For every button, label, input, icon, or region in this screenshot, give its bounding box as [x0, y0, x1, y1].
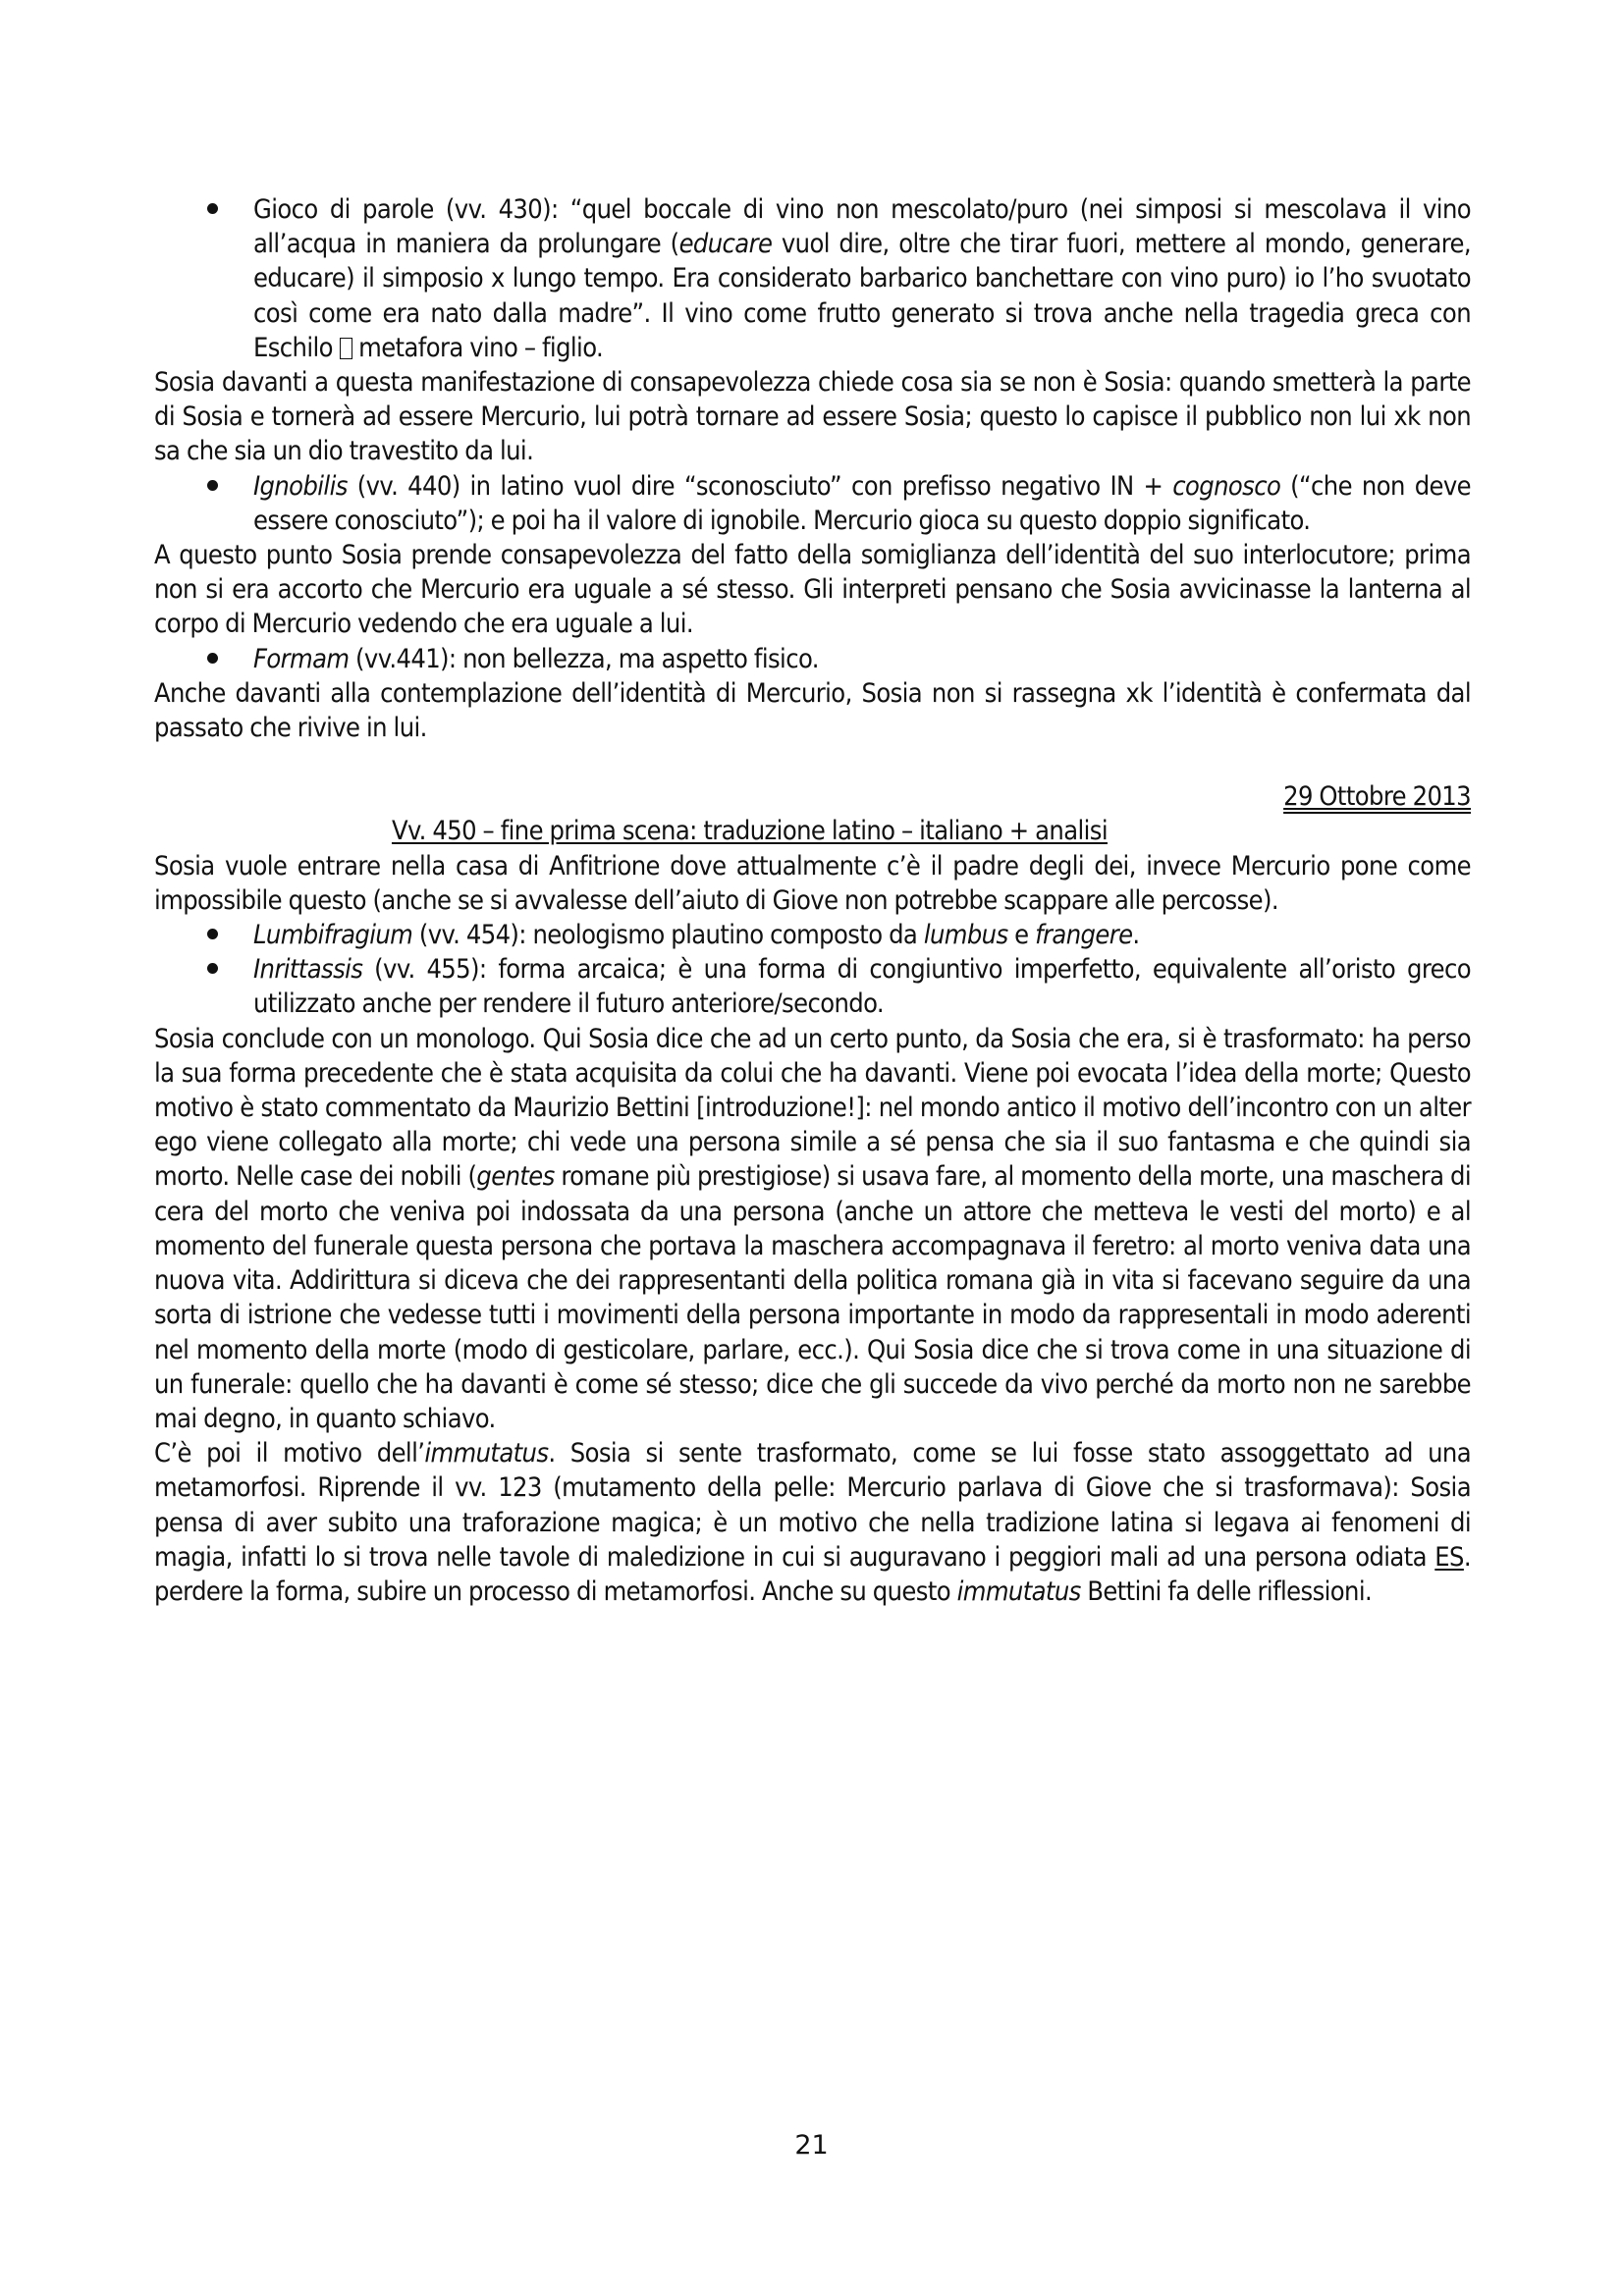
paragraph-text: C’è poi il motivo dell’: [154, 1438, 424, 1468]
paragraph: A questo punto Sosia prende consapevolez…: [154, 538, 1471, 642]
bullet-icon: [206, 918, 218, 952]
italic-term: Lumbifragium: [253, 920, 412, 950]
bullet-text: (vv. 440) in latino vuol dire “sconosciu…: [348, 471, 1172, 502]
underlined-abbreviation: ES: [1434, 1542, 1464, 1573]
bullet-gioco-di-parole: Gioco di parole (vv. 430): “quel boccale…: [154, 192, 1471, 365]
missing-glyph-icon: [340, 338, 352, 359]
section-heading: Vv. 450 – fine prima scena: traduzione l…: [154, 814, 1471, 848]
italic-term: lumbus: [924, 920, 1008, 950]
date-text: 29 Ottobre 2013: [1283, 781, 1471, 812]
bullet-text: e: [1008, 920, 1036, 950]
italic-term: gentes: [476, 1161, 554, 1192]
italic-term: educare: [679, 229, 773, 259]
bullet-text: .: [1132, 920, 1139, 950]
paragraph: Anche davanti alla contemplazione dell’i…: [154, 676, 1471, 745]
italic-term: immutatus: [424, 1438, 548, 1468]
italic-term: Formam: [253, 644, 349, 674]
bullet-icon: [206, 192, 218, 227]
bullet-inrittassis: Inrittassis (vv. 455): forma arcaica; è …: [154, 952, 1471, 1021]
paragraph-text: Bettini fa delle riflessioni.: [1081, 1576, 1372, 1607]
paragraph: Sosia vuole entrare nella casa di Anfitr…: [154, 849, 1471, 918]
bullet-ignobilis: Ignobilis (vv. 440) in latino vuol dire …: [154, 469, 1471, 538]
italic-term: cognosco: [1172, 471, 1280, 502]
page-body: Gioco di parole (vv. 430): “quel boccale…: [154, 192, 1471, 1609]
paragraph-text: romane più prestigiose) si usava fare, a…: [154, 1161, 1471, 1433]
paragraph: Sosia davanti a questa manifestazione di…: [154, 365, 1471, 469]
italic-term: Inrittassis: [253, 954, 362, 985]
page-number: 21: [0, 2130, 1623, 2161]
italic-term: Ignobilis: [253, 471, 348, 502]
italic-term: immutatus: [957, 1576, 1081, 1607]
bullet-text: metafora vino – figlio.: [352, 333, 604, 363]
paragraph: Sosia conclude con un monologo. Qui Sosi…: [154, 1022, 1471, 1436]
heading-text: Vv. 450 – fine prima scena: traduzione l…: [392, 816, 1108, 846]
bullet-text: (vv. 455): forma arcaica; è una forma di…: [253, 954, 1471, 1019]
bullet-text: (vv.441): non bellezza, ma aspetto fisic…: [349, 644, 818, 674]
spacer: [154, 745, 1471, 779]
bullet-icon: [206, 952, 218, 987]
bullet-icon: [206, 642, 218, 676]
bullet-icon: [206, 469, 218, 504]
lecture-date: 29 Ottobre 2013: [154, 779, 1471, 814]
bullet-text: (vv. 454): neologismo plautino composto …: [412, 920, 924, 950]
bullet-lumbifragium: Lumbifragium (vv. 454): neologismo plaut…: [154, 918, 1471, 952]
bullet-formam: Formam (vv.441): non bellezza, ma aspett…: [154, 642, 1471, 676]
italic-term: frangere: [1035, 920, 1132, 950]
paragraph: C’è poi il motivo dell’immutatus. Sosia …: [154, 1436, 1471, 1609]
